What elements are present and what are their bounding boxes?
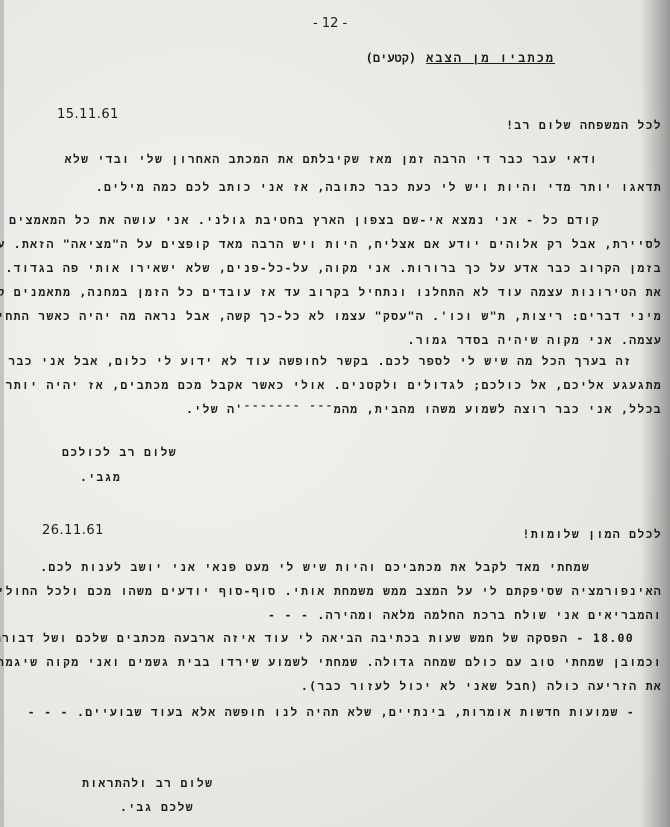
letter-1-line: את הטירונות עצמה עוד לא התחלנו ונתחיל בק…: [0, 285, 662, 300]
letter-2-line: וכמובן שמחתי טוב עם כולם שמחה גדולה. שמח…: [0, 655, 662, 670]
letter-1-line: ודאי עבר כבר די הרבה זמן מאז שקיבלתם את …: [65, 152, 598, 167]
letter-2-line: והמבריאים אני שולח ברכת החלמה מלאה ומהיר…: [268, 608, 662, 623]
letter-1-closing: שלום רב לכולכם: [62, 445, 177, 460]
letter-2-line: האינפורמציה שסיפקתם לי על המצב ממש משמחת…: [0, 584, 662, 599]
letter-2-date: 26.11.61: [42, 523, 104, 538]
letter-1-line: עצמה. אני מקוה שיהיה בסדר גמור.: [408, 333, 662, 348]
letter-1-line: לסיירת, אבל רק אלוהים יודע אם אצליח, היו…: [0, 237, 662, 252]
letter-1-greeting: לכל המשפחה שלום רב!: [506, 118, 662, 133]
letter-1-signature: מגבי.: [80, 470, 121, 485]
letter-2-line: את הזריעה כולה (חבל שאני לא יכול לעזור כ…: [301, 679, 662, 694]
letter-2-signature: שלכם גבי.: [120, 800, 194, 815]
letter-1-line: מיני דברים: ריצות, ת"ש וכו'. ה"עסק" עצמו…: [0, 309, 662, 324]
letter-2-line: 18.00 - הפסקה של חמש שעות בכתיבה הביאה ל…: [0, 631, 634, 646]
letter-1-line: בכלל, אני כבר רוצה לשמוע משהו מהבית, מהמ…: [186, 402, 662, 417]
letter-1-line: מתגעגע אליכם, אל כולכם; לגדולים ולקטנים.…: [0, 378, 662, 393]
letter-1-line: בזמן הקרוב כבר אדע על כך ברורות. אני מקו…: [5, 261, 662, 276]
letter-1-line: תדאגו יותר מדי והיות ויש לי כעת כבר כתוב…: [96, 180, 662, 195]
letter-2-closing: שלום רב ולהתראות: [82, 776, 213, 791]
document-title: מכתביו מן הצבא(קטעים): [366, 51, 555, 66]
title-text: מכתביו מן הצבא: [426, 51, 555, 65]
letter-2-greeting: לכלם המון שלומות!: [523, 527, 663, 542]
document-page: - 12 - מכתביו מן הצבא(קטעים) 15.11.61 לכ…: [0, 0, 670, 827]
letter-2-line: שמחתי מאד לקבל את מכתביכם והיות שיש לי מ…: [40, 560, 590, 575]
title-subtitle: (קטעים): [366, 51, 416, 65]
letter-1-line: קודם כל - אני נמצא אי-שם בצפון הארץ בחטי…: [0, 213, 600, 228]
page-number: - 12 -: [313, 16, 347, 31]
letter-1-line: זה בערך הכל מה שיש לי לספר לכם. בקשר לחו…: [0, 354, 632, 369]
letter-1-date: 15.11.61: [57, 107, 119, 122]
letter-2-line: - שמועות חדשות אומרות, בינתיים, שלא תהיה…: [28, 705, 635, 720]
